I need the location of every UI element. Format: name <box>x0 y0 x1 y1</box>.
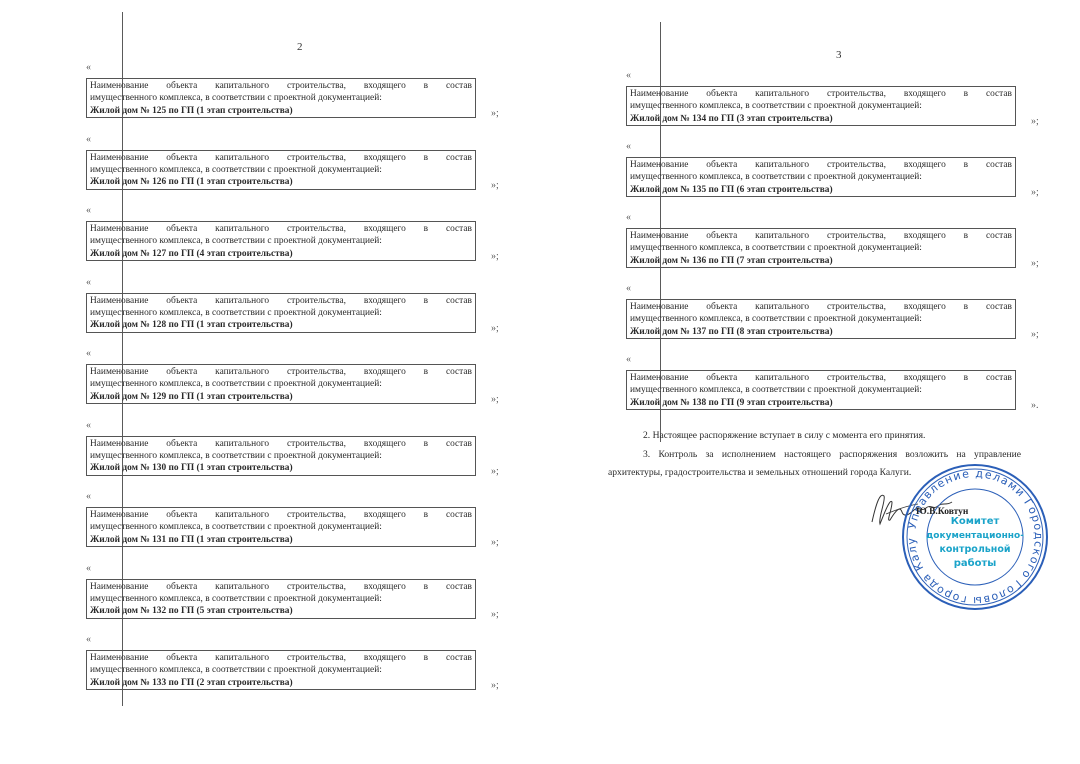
box-word: входящего <box>364 80 406 92</box>
box-word: объекта <box>166 509 197 521</box>
svg-text:работы: работы <box>954 557 997 569</box>
opening-quote: « <box>86 62 91 73</box>
object-name-box: Наименованиеобъектакапитальногостроитель… <box>86 78 476 118</box>
object-name-box: Наименованиеобъектакапитальногостроитель… <box>86 150 476 190</box>
box-word: объекта <box>166 366 197 378</box>
box-word: объекта <box>706 230 737 242</box>
box-word: состав <box>986 372 1012 384</box>
box-line-1: Наименованиеобъектакапитальногостроитель… <box>630 88 1012 100</box>
box-line-1: Наименованиеобъектакапитальногостроитель… <box>90 295 472 307</box>
box-word: объекта <box>166 438 197 450</box>
closing-quote: »; <box>491 251 499 262</box>
box-word: входящего <box>904 159 946 171</box>
box-word: входящего <box>364 438 406 450</box>
box-line-1: Наименованиеобъектакапитальногостроитель… <box>630 230 1012 242</box>
box-line-2: имущественного комплекса, в соответствии… <box>630 242 1012 254</box>
box-word: строительства, <box>287 438 346 450</box>
box-word: капитального <box>755 230 809 242</box>
closing-quote: »; <box>491 323 499 334</box>
box-word: в <box>964 159 968 171</box>
box-word: входящего <box>904 301 946 313</box>
entry-item: « Наименованиеобъектакапитальногостроите… <box>626 354 1046 426</box>
box-word: состав <box>986 301 1012 313</box>
box-word: в <box>424 652 428 664</box>
box-word: состав <box>986 159 1012 171</box>
document-page-3: 3 « Наименованиеобъектакапитальногострои… <box>540 0 1080 764</box>
box-line-2: имущественного комплекса, в соответствии… <box>90 92 472 104</box>
svg-text:контрольной: контрольной <box>939 544 1010 555</box>
box-line-3-house: Жилой дом № 125 по ГП (1 этап строительс… <box>90 105 472 117</box>
box-word: состав <box>446 581 472 593</box>
signatory-name: Ю.В.Ковтун <box>916 507 968 517</box>
box-word: входящего <box>364 509 406 521</box>
box-word: Наименование <box>90 652 148 664</box>
box-word: капитального <box>755 372 809 384</box>
box-word: строительства, <box>287 295 346 307</box>
entry-item: « Наименованиеобъектакапитальногостроите… <box>86 277 506 349</box>
closing-quote: »; <box>1031 116 1039 127</box>
box-word: объекта <box>706 88 737 100</box>
box-word: входящего <box>904 230 946 242</box>
box-word: Наименование <box>90 295 148 307</box>
box-line-3-house: Жилой дом № 138 по ГП (9 этап строительс… <box>630 397 1012 409</box>
box-word: входящего <box>364 581 406 593</box>
box-word: капитального <box>215 509 269 521</box>
box-word: в <box>964 301 968 313</box>
box-word: Наименование <box>90 80 148 92</box>
box-word: объекта <box>166 652 197 664</box>
box-word: капитального <box>215 80 269 92</box>
entry-item: « Наименованиеобъектакапитальногостроите… <box>86 62 506 134</box>
object-name-box: Наименованиеобъектакапитальногостроитель… <box>86 293 476 333</box>
box-line-2: имущественного комплекса, в соответствии… <box>630 313 1012 325</box>
box-word: строительства, <box>827 230 886 242</box>
box-word: входящего <box>364 652 406 664</box>
box-word: Наименование <box>90 366 148 378</box>
box-word: капитального <box>215 366 269 378</box>
opening-quote: « <box>86 277 91 288</box>
box-word: в <box>964 230 968 242</box>
box-word: капитального <box>215 223 269 235</box>
box-word: строительства, <box>287 223 346 235</box>
box-line-3-house: Жилой дом № 131 по ГП (1 этап строительс… <box>90 534 472 546</box>
box-word: капитального <box>755 88 809 100</box>
box-line-3-house: Жилой дом № 128 по ГП (1 этап строительс… <box>90 319 472 331</box>
box-line-1: Наименованиеобъектакапитальногостроитель… <box>90 652 472 664</box>
box-word: объекта <box>706 372 737 384</box>
box-word: объекта <box>166 295 197 307</box>
box-line-2: имущественного комплекса, в соответствии… <box>90 450 472 462</box>
box-line-2: имущественного комплекса, в соответствии… <box>630 171 1012 183</box>
svg-text:документационно-: документационно- <box>926 531 1024 541</box>
document-page-2: 2 « Наименованиеобъектакапитальногострои… <box>0 0 540 764</box>
box-word: Наименование <box>90 581 148 593</box>
box-word: в <box>424 80 428 92</box>
opening-quote: « <box>86 491 91 502</box>
object-name-box: Наименованиеобъектакапитальногостроитель… <box>626 86 1016 126</box>
box-line-3-house: Жилой дом № 136 по ГП (7 этап строительс… <box>630 255 1012 267</box>
paragraph-3-text: 3. Контроль за исполнением настоящего ра… <box>643 449 1021 460</box>
box-word: в <box>964 88 968 100</box>
box-word: в <box>424 366 428 378</box>
box-word: капитального <box>215 438 269 450</box>
box-line-2: имущественного комплекса, в соответствии… <box>90 164 472 176</box>
box-word: Наименование <box>630 159 688 171</box>
box-word: в <box>424 152 428 164</box>
object-name-box: Наименованиеобъектакапитальногостроитель… <box>86 579 476 619</box>
box-word: состав <box>446 152 472 164</box>
box-word: входящего <box>364 223 406 235</box>
box-word: объекта <box>166 581 197 593</box>
box-line-3-house: Жилой дом № 132 по ГП (5 этап строительс… <box>90 605 472 617</box>
box-word: в <box>424 223 428 235</box>
box-line-2: имущественного комплекса, в соответствии… <box>630 384 1012 396</box>
closing-quote: »; <box>491 394 499 405</box>
object-name-box: Наименованиеобъектакапитальногостроитель… <box>86 221 476 261</box>
box-word: состав <box>446 438 472 450</box>
box-line-1: Наименованиеобъектакапитальногостроитель… <box>630 159 1012 171</box>
object-name-box: Наименованиеобъектакапитальногостроитель… <box>86 507 476 547</box>
box-word: строительства, <box>287 366 346 378</box>
box-word: Наименование <box>630 230 688 242</box>
entry-item: « Наименованиеобъектакапитальногостроите… <box>626 212 1046 284</box>
opening-quote: « <box>626 70 631 81</box>
box-line-2: имущественного комплекса, в соответствии… <box>90 378 472 390</box>
box-word: в <box>424 295 428 307</box>
box-word: строительства, <box>827 159 886 171</box>
box-line-2: имущественного комплекса, в соответствии… <box>90 307 472 319</box>
box-line-2: имущественного комплекса, в соответствии… <box>90 235 472 247</box>
box-line-1: Наименованиеобъектакапитальногостроитель… <box>90 223 472 235</box>
box-word: состав <box>446 223 472 235</box>
box-word: состав <box>986 230 1012 242</box>
box-line-1: Наименованиеобъектакапитальногостроитель… <box>90 509 472 521</box>
closing-quote: »; <box>491 108 499 119</box>
closing-quote: »; <box>1031 258 1039 269</box>
object-name-box: Наименованиеобъектакапитальногостроитель… <box>626 157 1016 197</box>
box-word: объекта <box>166 223 197 235</box>
opening-quote: « <box>626 354 631 365</box>
box-line-1: Наименованиеобъектакапитальногостроитель… <box>90 438 472 450</box>
box-line-1: Наименованиеобъектакапитальногостроитель… <box>90 80 472 92</box>
box-word: входящего <box>364 295 406 307</box>
object-name-box: Наименованиеобъектакапитальногостроитель… <box>626 299 1016 339</box>
box-word: Наименование <box>90 223 148 235</box>
box-word: в <box>424 509 428 521</box>
entry-item: « Наименованиеобъектакапитальногостроите… <box>86 491 506 563</box>
box-word: строительства, <box>827 88 886 100</box>
entry-item: « Наименованиеобъектакапитальногостроите… <box>86 420 506 492</box>
box-word: строительства, <box>287 509 346 521</box>
box-word: капитального <box>215 581 269 593</box>
box-word: строительства, <box>287 652 346 664</box>
box-word: входящего <box>364 366 406 378</box>
opening-quote: « <box>626 283 631 294</box>
opening-quote: « <box>86 134 91 145</box>
opening-quote: « <box>86 205 91 216</box>
box-word: строительства, <box>287 152 346 164</box>
box-line-3-house: Жилой дом № 129 по ГП (1 этап строительс… <box>90 391 472 403</box>
box-word: капитального <box>215 295 269 307</box>
official-stamp-icon: Управление делами Городского Головы горо… <box>900 462 1050 612</box>
box-line-2: имущественного комплекса, в соответствии… <box>630 100 1012 112</box>
box-word: Наименование <box>630 88 688 100</box>
opening-quote: « <box>626 212 631 223</box>
page-number: 2 <box>297 41 303 53</box>
box-word: Наименование <box>90 152 148 164</box>
box-word: состав <box>446 652 472 664</box>
box-word: капитального <box>755 301 809 313</box>
box-line-3-house: Жилой дом № 127 по ГП (4 этап строительс… <box>90 248 472 260</box>
closing-quote: »; <box>491 680 499 691</box>
paragraph-2: 2. Настоящее распоряжение вступает в сил… <box>643 430 925 442</box>
object-name-box: Наименованиеобъектакапитальногостроитель… <box>86 364 476 404</box>
object-name-box: Наименованиеобъектакапитальногостроитель… <box>626 370 1016 410</box>
box-word: в <box>424 581 428 593</box>
closing-quote: »; <box>1031 329 1039 340</box>
box-word: входящего <box>904 372 946 384</box>
opening-quote: « <box>86 634 91 645</box>
entry-item: « Наименованиеобъектакапитальногостроите… <box>626 283 1046 355</box>
box-word: Наименование <box>90 509 148 521</box>
box-word: Наименование <box>90 438 148 450</box>
closing-quote: »; <box>491 180 499 191</box>
box-line-1: Наименованиеобъектакапитальногостроитель… <box>630 301 1012 313</box>
box-word: объекта <box>706 301 737 313</box>
entry-item: « Наименованиеобъектакапитальногостроите… <box>86 348 506 420</box>
object-name-box: Наименованиеобъектакапитальногостроитель… <box>86 436 476 476</box>
entry-item: « Наименованиеобъектакапитальногостроите… <box>86 134 506 206</box>
box-line-1: Наименованиеобъектакапитальногостроитель… <box>630 372 1012 384</box>
box-word: состав <box>446 366 472 378</box>
box-word: строительства, <box>827 301 886 313</box>
closing-quote: »; <box>491 609 499 620</box>
opening-quote: « <box>86 420 91 431</box>
opening-quote: « <box>86 348 91 359</box>
svg-text:Комитет: Комитет <box>951 516 1000 527</box>
closing-quote: ». <box>1031 400 1039 411</box>
box-line-1: Наименованиеобъектакапитальногостроитель… <box>90 366 472 378</box>
paragraph-3-line-2: архитектуры, градостроительства и земель… <box>608 467 911 479</box>
box-line-3-house: Жилой дом № 135 по ГП (6 этап строительс… <box>630 184 1012 196</box>
page-number: 3 <box>836 49 842 61</box>
box-word: капитального <box>755 159 809 171</box>
box-word: входящего <box>904 88 946 100</box>
box-line-2: имущественного комплекса, в соответствии… <box>90 664 472 676</box>
box-word: строительства, <box>287 581 346 593</box>
box-word: капитального <box>215 652 269 664</box>
box-line-3-house: Жилой дом № 133 по ГП (2 этап строительс… <box>90 677 472 689</box>
box-word: состав <box>446 80 472 92</box>
box-word: входящего <box>364 152 406 164</box>
box-line-1: Наименованиеобъектакапитальногостроитель… <box>90 152 472 164</box>
entry-item: « Наименованиеобъектакапитальногостроите… <box>86 205 506 277</box>
box-word: Наименование <box>630 372 688 384</box>
entry-item: « Наименованиеобъектакапитальногостроите… <box>626 141 1046 213</box>
closing-quote: »; <box>491 537 499 548</box>
box-word: Наименование <box>630 301 688 313</box>
entry-item: « Наименованиеобъектакапитальногостроите… <box>626 70 1046 142</box>
box-word: состав <box>446 509 472 521</box>
box-word: строительства, <box>287 80 346 92</box>
box-line-3-house: Жилой дом № 130 по ГП (1 этап строительс… <box>90 462 472 474</box>
box-word: объекта <box>706 159 737 171</box>
box-word: состав <box>446 295 472 307</box>
opening-quote: « <box>626 141 631 152</box>
entry-item: « Наименованиеобъектакапитальногостроите… <box>86 634 506 706</box>
object-name-box: Наименованиеобъектакапитальногостроитель… <box>626 228 1016 268</box>
box-line-3-house: Жилой дом № 134 по ГП (3 этап строительс… <box>630 113 1012 125</box>
closing-quote: »; <box>1031 187 1039 198</box>
box-word: в <box>964 372 968 384</box>
opening-quote: « <box>86 563 91 574</box>
box-line-3-house: Жилой дом № 137 по ГП (8 этап строительс… <box>630 326 1012 338</box>
box-line-3-house: Жилой дом № 126 по ГП (1 этап строительс… <box>90 176 472 188</box>
entry-item: « Наименованиеобъектакапитальногостроите… <box>86 563 506 635</box>
box-word: объекта <box>166 152 197 164</box>
box-word: состав <box>986 88 1012 100</box>
box-line-2: имущественного комплекса, в соответствии… <box>90 593 472 605</box>
paragraph-3-line-1: 3. Контроль за исполнением настоящего ра… <box>643 449 1021 461</box>
box-line-2: имущественного комплекса, в соответствии… <box>90 521 472 533</box>
object-name-box: Наименованиеобъектакапитальногостроитель… <box>86 650 476 690</box>
box-word: объекта <box>166 80 197 92</box>
closing-quote: »; <box>491 466 499 477</box>
box-word: строительства, <box>827 372 886 384</box>
box-line-1: Наименованиеобъектакапитальногостроитель… <box>90 581 472 593</box>
box-word: капитального <box>215 152 269 164</box>
box-word: в <box>424 438 428 450</box>
